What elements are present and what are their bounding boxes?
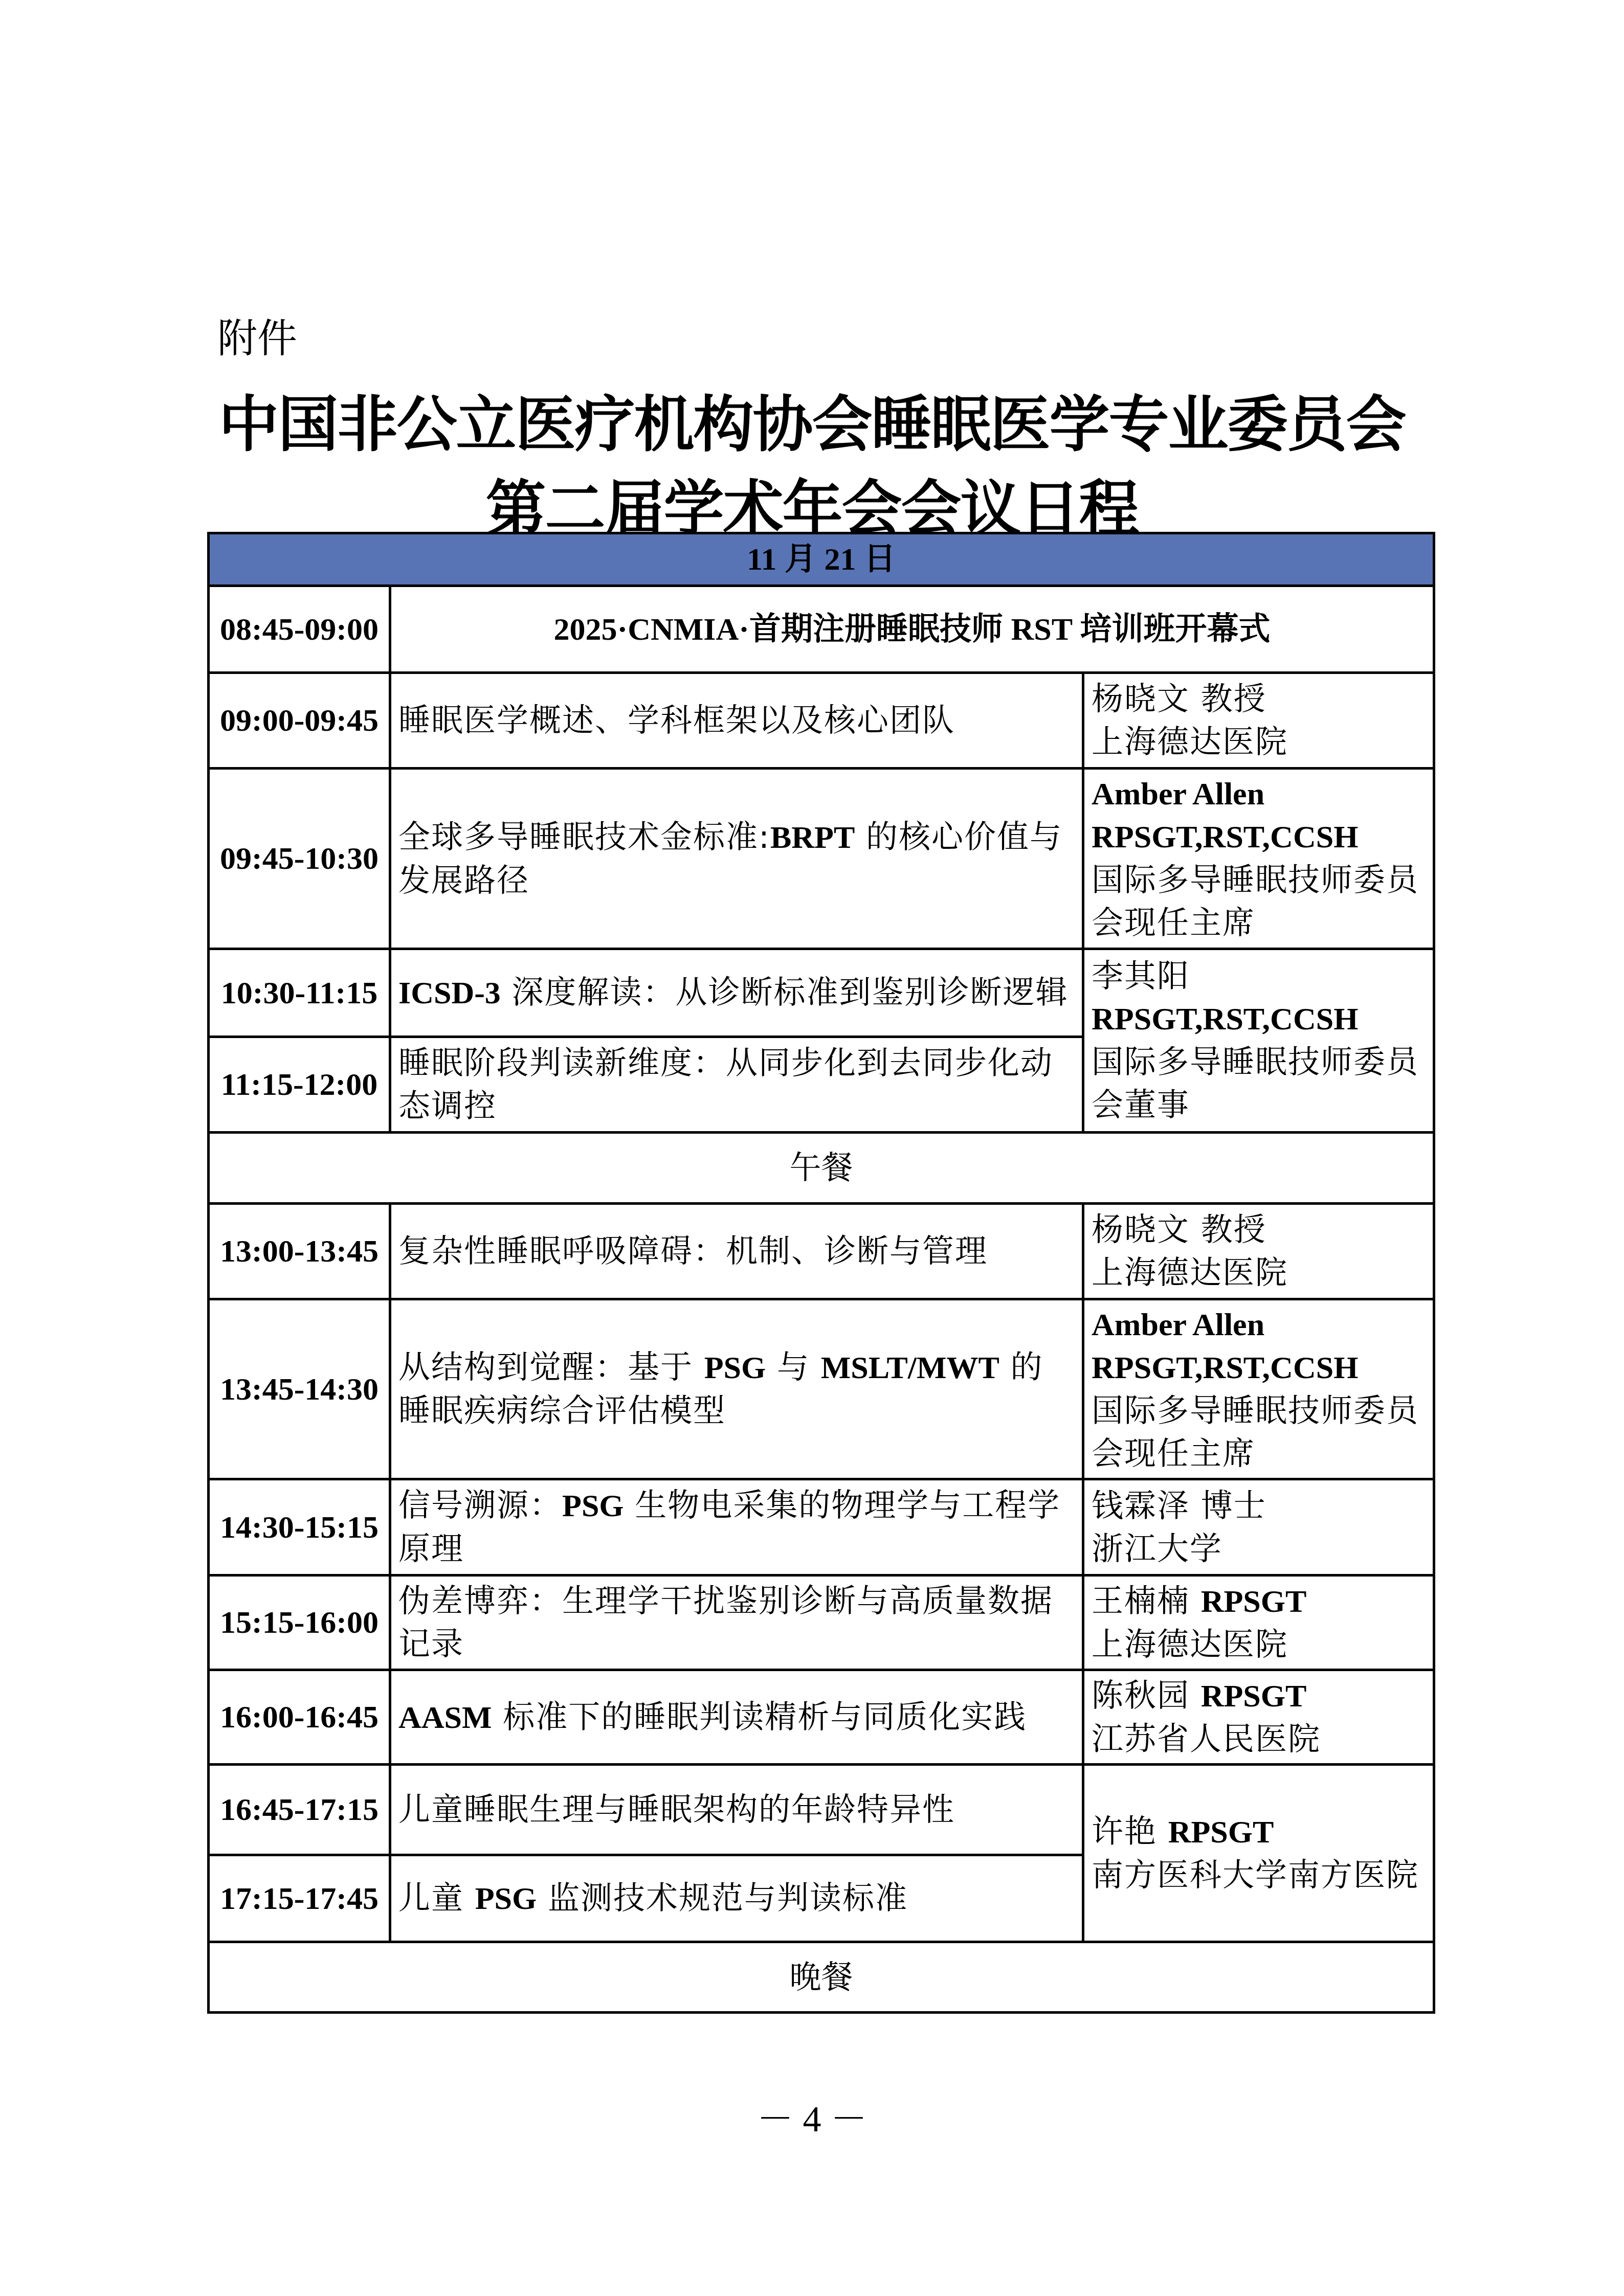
speaker-name-text: 陈秋园: [1092, 1677, 1201, 1714]
lunch-break: 午餐: [209, 1133, 1434, 1204]
topic-cell: 信号溯源：PSG 生物电采集的物理学与工程学原理: [390, 1479, 1083, 1575]
time-cell: 09:00-09:45: [209, 673, 390, 769]
table-row: 13:45-14:30 从结构到觉醒：基于 PSG 与 MSLT/MWT 的睡眠…: [209, 1299, 1434, 1479]
topic-text: 与: [766, 1348, 820, 1386]
speaker-affiliation: 国际多导睡眠技师委员会董事: [1092, 1041, 1426, 1127]
speaker-affiliation: 上海德达医院: [1092, 1623, 1426, 1666]
attachment-label: 附件: [217, 307, 297, 364]
topic-cell: 睡眠医学概述、学科框架以及核心团队: [390, 673, 1083, 769]
time-cell: 13:45-14:30: [209, 1299, 390, 1479]
date-header-row: 11 月 21 日: [209, 533, 1434, 586]
speaker-name: 杨晓文 教授: [1092, 678, 1426, 721]
topic-cell: 儿童睡眠生理与睡眠架构的年龄特异性: [390, 1765, 1083, 1855]
speaker-credentials: RPSGT: [1201, 1679, 1307, 1714]
date-header: 11 月 21 日: [209, 533, 1434, 586]
speaker-name: 许艳 RPSGT: [1092, 1810, 1426, 1854]
speaker-affiliation: 国际多导睡眠技师委员会现任主席: [1092, 1389, 1426, 1475]
document-title-line1: 中国非公立医疗机构协会睡眠医学专业委员会: [0, 376, 1624, 463]
speaker-name: Amber Allen: [1092, 1303, 1426, 1346]
speaker-credentials: RPSGT,RST,CCSH: [1092, 1346, 1426, 1389]
speaker-cell: 李其阳 RPSGT,RST,CCSH 国际多导睡眠技师委员会董事: [1083, 949, 1434, 1133]
topic-cell: AASM 标准下的睡眠判读精析与同质化实践: [390, 1670, 1083, 1765]
time-cell: 16:45-17:15: [209, 1765, 390, 1855]
speaker-name: Amber Allen: [1092, 773, 1426, 816]
time-cell: 08:45-09:00: [209, 586, 390, 673]
speaker-affiliation: 江苏省人民医院: [1092, 1718, 1426, 1761]
page-number: － 4 －: [0, 2089, 1624, 2142]
topic-text-latin: BRPT: [770, 820, 855, 855]
speaker-name-text: 许艳: [1092, 1813, 1168, 1850]
topic-text-latin: PSG: [704, 1350, 766, 1385]
table-row: 09:00-09:45 睡眠医学概述、学科框架以及核心团队 杨晓文 教授 上海德…: [209, 673, 1434, 769]
topic-cell: 从结构到觉醒：基于 PSG 与 MSLT/MWT 的睡眠疾病综合评估模型: [390, 1299, 1083, 1479]
speaker-cell: 杨晓文 教授 上海德达医院: [1083, 1204, 1434, 1299]
speaker-credentials: RPSGT,RST,CCSH: [1092, 998, 1426, 1041]
speaker-name: 钱霖泽 博士: [1092, 1484, 1426, 1527]
topic-cell: 睡眠阶段判读新维度：从同步化到去同步化动态调控: [390, 1037, 1083, 1133]
speaker-cell: 杨晓文 教授 上海德达医院: [1083, 673, 1434, 769]
speaker-cell: Amber Allen RPSGT,RST,CCSH 国际多导睡眠技师委员会现任…: [1083, 1299, 1434, 1479]
topic-text: 标准下的睡眠判读精析与同质化实践: [492, 1698, 1027, 1736]
topic-text: 全球多导睡眠技术金标准:: [398, 818, 770, 856]
speaker-cell: 陈秋园 RPSGT 江苏省人民医院: [1083, 1670, 1434, 1765]
schedule-table: 11 月 21 日 08:45-09:00 2025·CNMIA·首期注册睡眠技…: [207, 532, 1435, 2014]
speaker-name: 王楠楠 RPSGT: [1092, 1580, 1426, 1623]
topic-text: 深度解读：从诊断标准到鉴别诊断逻辑: [501, 974, 1069, 1011]
topic-cell: 伪差博弈：生理学干扰鉴别诊断与高质量数据记录: [390, 1575, 1083, 1670]
topic-cell: 全球多导睡眠技术金标准:BRPT 的核心价值与发展路径: [390, 769, 1083, 949]
topic-text-latin: MSLT/MWT: [821, 1350, 999, 1385]
speaker-cell: 王楠楠 RPSGT 上海德达医院: [1083, 1575, 1434, 1670]
speaker-affiliation: 上海德达医院: [1092, 1251, 1426, 1294]
time-cell: 15:15-16:00: [209, 1575, 390, 1670]
topic-text: 从结构到觉醒：基于: [398, 1348, 704, 1386]
speaker-credentials: RPSGT: [1168, 1815, 1274, 1850]
speaker-name: 陈秋园 RPSGT: [1092, 1674, 1426, 1718]
speaker-name: 李其阳: [1092, 955, 1426, 998]
speaker-cell: 许艳 RPSGT 南方医科大学南方医院: [1083, 1765, 1434, 1942]
table-row: 14:30-15:15 信号溯源：PSG 生物电采集的物理学与工程学原理 钱霖泽…: [209, 1479, 1434, 1575]
topic-cell: 复杂性睡眠呼吸障碍：机制、诊断与管理: [390, 1204, 1083, 1299]
speaker-affiliation: 上海德达医院: [1092, 721, 1426, 763]
table-row: 09:45-10:30 全球多导睡眠技术金标准:BRPT 的核心价值与发展路径 …: [209, 769, 1434, 949]
speaker-credentials: RPSGT: [1201, 1584, 1307, 1619]
topic-text: 儿童: [398, 1879, 475, 1917]
table-row: 13:00-13:45 复杂性睡眠呼吸障碍：机制、诊断与管理 杨晓文 教授 上海…: [209, 1204, 1434, 1299]
topic-text-latin: AASM: [398, 1700, 492, 1735]
speaker-affiliation: 国际多导睡眠技师委员会现任主席: [1092, 859, 1426, 944]
speaker-cell: Amber Allen RPSGT,RST,CCSH 国际多导睡眠技师委员会现任…: [1083, 769, 1434, 949]
time-cell: 14:30-15:15: [209, 1479, 390, 1575]
topic-text: 监测技术规范与判读标准: [537, 1879, 908, 1917]
time-cell: 16:00-16:45: [209, 1670, 390, 1765]
table-row: 08:45-09:00 2025·CNMIA·首期注册睡眠技师 RST 培训班开…: [209, 586, 1434, 673]
topic-text-latin: PSG: [562, 1489, 624, 1523]
speaker-name: 杨晓文 教授: [1092, 1208, 1426, 1251]
dinner-row: 晚餐: [209, 1942, 1434, 2013]
table-row: 10:30-11:15 ICSD-3 深度解读：从诊断标准到鉴别诊断逻辑 李其阳…: [209, 949, 1434, 1037]
table-row: 15:15-16:00 伪差博弈：生理学干扰鉴别诊断与高质量数据记录 王楠楠 R…: [209, 1575, 1434, 1670]
speaker-name-text: 王楠楠: [1092, 1582, 1201, 1619]
topic-cell: ICSD-3 深度解读：从诊断标准到鉴别诊断逻辑: [390, 949, 1083, 1037]
speaker-cell: 钱霖泽 博士 浙江大学: [1083, 1479, 1434, 1575]
topic-text-latin: ICSD-3: [398, 976, 501, 1010]
table-row: 16:00-16:45 AASM 标准下的睡眠判读精析与同质化实践 陈秋园 RP…: [209, 1670, 1434, 1765]
topic-text: 信号溯源：: [398, 1487, 562, 1524]
time-cell: 13:00-13:45: [209, 1204, 390, 1299]
dinner-break: 晚餐: [209, 1942, 1434, 2013]
opening-ceremony-title: 2025·CNMIA·首期注册睡眠技师 RST 培训班开幕式: [390, 586, 1434, 673]
speaker-affiliation: 南方医科大学南方医院: [1092, 1854, 1426, 1897]
lunch-row: 午餐: [209, 1133, 1434, 1204]
time-cell: 17:15-17:45: [209, 1855, 390, 1942]
topic-cell: 儿童 PSG 监测技术规范与判读标准: [390, 1855, 1083, 1942]
time-cell: 11:15-12:00: [209, 1037, 390, 1133]
table-row: 16:45-17:15 儿童睡眠生理与睡眠架构的年龄特异性 许艳 RPSGT 南…: [209, 1765, 1434, 1855]
time-cell: 09:45-10:30: [209, 769, 390, 949]
topic-text-latin: PSG: [475, 1881, 537, 1916]
speaker-affiliation: 浙江大学: [1092, 1527, 1426, 1570]
speaker-credentials: RPSGT,RST,CCSH: [1092, 816, 1426, 859]
time-cell: 10:30-11:15: [209, 949, 390, 1037]
